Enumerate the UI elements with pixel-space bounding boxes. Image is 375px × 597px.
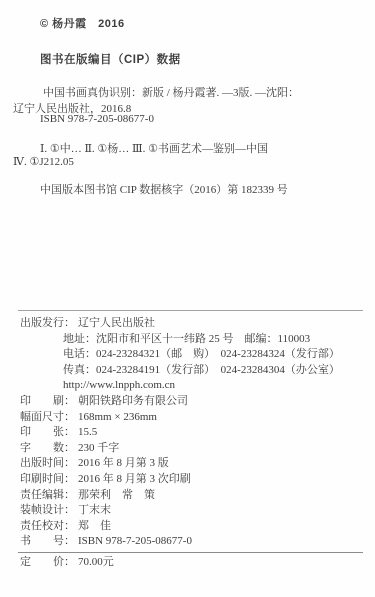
- row-label: 幅面尺寸: [20, 410, 64, 426]
- cip-title-line-1: 中国书画真伪识别：新版 / 杨丹霞著. —3版. —沈阳：: [43, 84, 299, 100]
- row-label: 印张: [20, 425, 64, 441]
- row-colon: ：: [64, 519, 75, 535]
- publisher-row: 出版发行：辽宁人民出版社: [20, 316, 340, 332]
- colophon-row-pubdate: 出版时间：2016 年 8 月第 3 版: [20, 456, 340, 472]
- row-colon: ：: [64, 503, 75, 519]
- row-colon: ：: [64, 394, 75, 410]
- row-colon: ：: [64, 410, 75, 426]
- row-value: 2016 年 8 月第 3 次印刷: [78, 472, 191, 488]
- row-value: 辽宁人民出版社: [78, 316, 155, 332]
- row-value: 230 千字: [78, 441, 119, 457]
- row-colon: ：: [64, 456, 75, 472]
- row-label: 定价: [20, 555, 64, 571]
- cip-heading: 图书在版编目（CIP）数据: [40, 51, 181, 67]
- row-label: 书号: [20, 534, 64, 550]
- contact-address: 地址：沈阳市和平区十一纬路 25 号 邮编：110003: [63, 332, 340, 348]
- colophon-row-printdate: 印刷时间：2016 年 8 月第 3 次印刷: [20, 472, 340, 488]
- cip-classification-line-2: Ⅳ. ①J212.05: [13, 155, 74, 168]
- row-label: 装帧设计: [20, 503, 64, 519]
- row-colon: ：: [64, 472, 75, 488]
- row-colon: ：: [64, 555, 75, 571]
- divider-bottom: [18, 552, 363, 553]
- row-value: 2016 年 8 月第 3 版: [78, 456, 169, 472]
- row-colon: ：: [64, 425, 75, 441]
- price-row: 定价：70.00元: [20, 555, 114, 571]
- row-value: ISBN 978-7-205-08677-0: [78, 534, 192, 550]
- cip-registry-number: 中国版本图书馆 CIP 数据核字（2016）第 182339 号: [40, 181, 288, 197]
- colophon-row-printer: 印刷：朝阳铁路印务有限公司: [20, 394, 340, 410]
- row-label: 出版发行: [20, 316, 64, 332]
- colophon-block: 出版发行：辽宁人民出版社 地址：沈阳市和平区十一纬路 25 号 邮编：11000…: [20, 316, 340, 550]
- colophon-row-sheets: 印张：15.5: [20, 425, 340, 441]
- colophon-row-wordcount: 字数：230 千字: [20, 441, 340, 457]
- copyright-notice: © 杨丹霞 2016: [40, 15, 125, 31]
- row-value: 15.5: [78, 425, 97, 441]
- row-value: 郑 佳: [78, 519, 111, 535]
- book-colophon-page: © 杨丹霞 2016 图书在版编目（CIP）数据 中国书画真伪识别：新版 / 杨…: [0, 0, 375, 597]
- row-colon: ：: [64, 316, 75, 332]
- row-label: 印刷: [20, 394, 64, 410]
- colophon-row-designer: 装帧设计：丁末末: [20, 503, 340, 519]
- colophon-row-proofreader: 责任校对：郑 佳: [20, 519, 340, 535]
- contact-phone: 电话：024-23284321（邮 购） 024-23284324（发行部）: [63, 347, 340, 363]
- row-colon: ：: [64, 441, 75, 457]
- publisher-url: http://www.lnpph.com.cn: [63, 378, 340, 394]
- row-label: 出版时间: [20, 456, 64, 472]
- colophon-row-isbn: 书号：ISBN 978-7-205-08677-0: [20, 534, 340, 550]
- row-value: 丁末末: [78, 503, 111, 519]
- divider-top: [18, 310, 363, 311]
- row-colon: ：: [64, 488, 75, 504]
- row-value: 朝阳铁路印务有限公司: [78, 394, 188, 410]
- row-label: 印刷时间: [20, 472, 64, 488]
- row-label: 字数: [20, 441, 64, 457]
- row-label: 责任校对: [20, 519, 64, 535]
- row-value: 168mm × 236mm: [78, 410, 157, 426]
- cip-isbn: ISBN 978-7-205-08677-0: [40, 113, 154, 125]
- contact-fax: 传真：024-23284191（发行部） 024-23284304（办公室）: [63, 363, 340, 379]
- row-label: 责任编辑: [20, 488, 64, 504]
- row-value: 那荣利 常 策: [78, 488, 155, 504]
- cip-classification-line-1: Ⅰ. ①中… Ⅱ. ①杨… Ⅲ. ①书画艺术—鉴别—中国: [40, 140, 268, 156]
- row-value: 70.00元: [78, 555, 114, 571]
- colophon-row-editor: 责任编辑：那荣利 常 策: [20, 488, 340, 504]
- row-colon: ：: [64, 534, 75, 550]
- colophon-row-size: 幅面尺寸：168mm × 236mm: [20, 410, 340, 426]
